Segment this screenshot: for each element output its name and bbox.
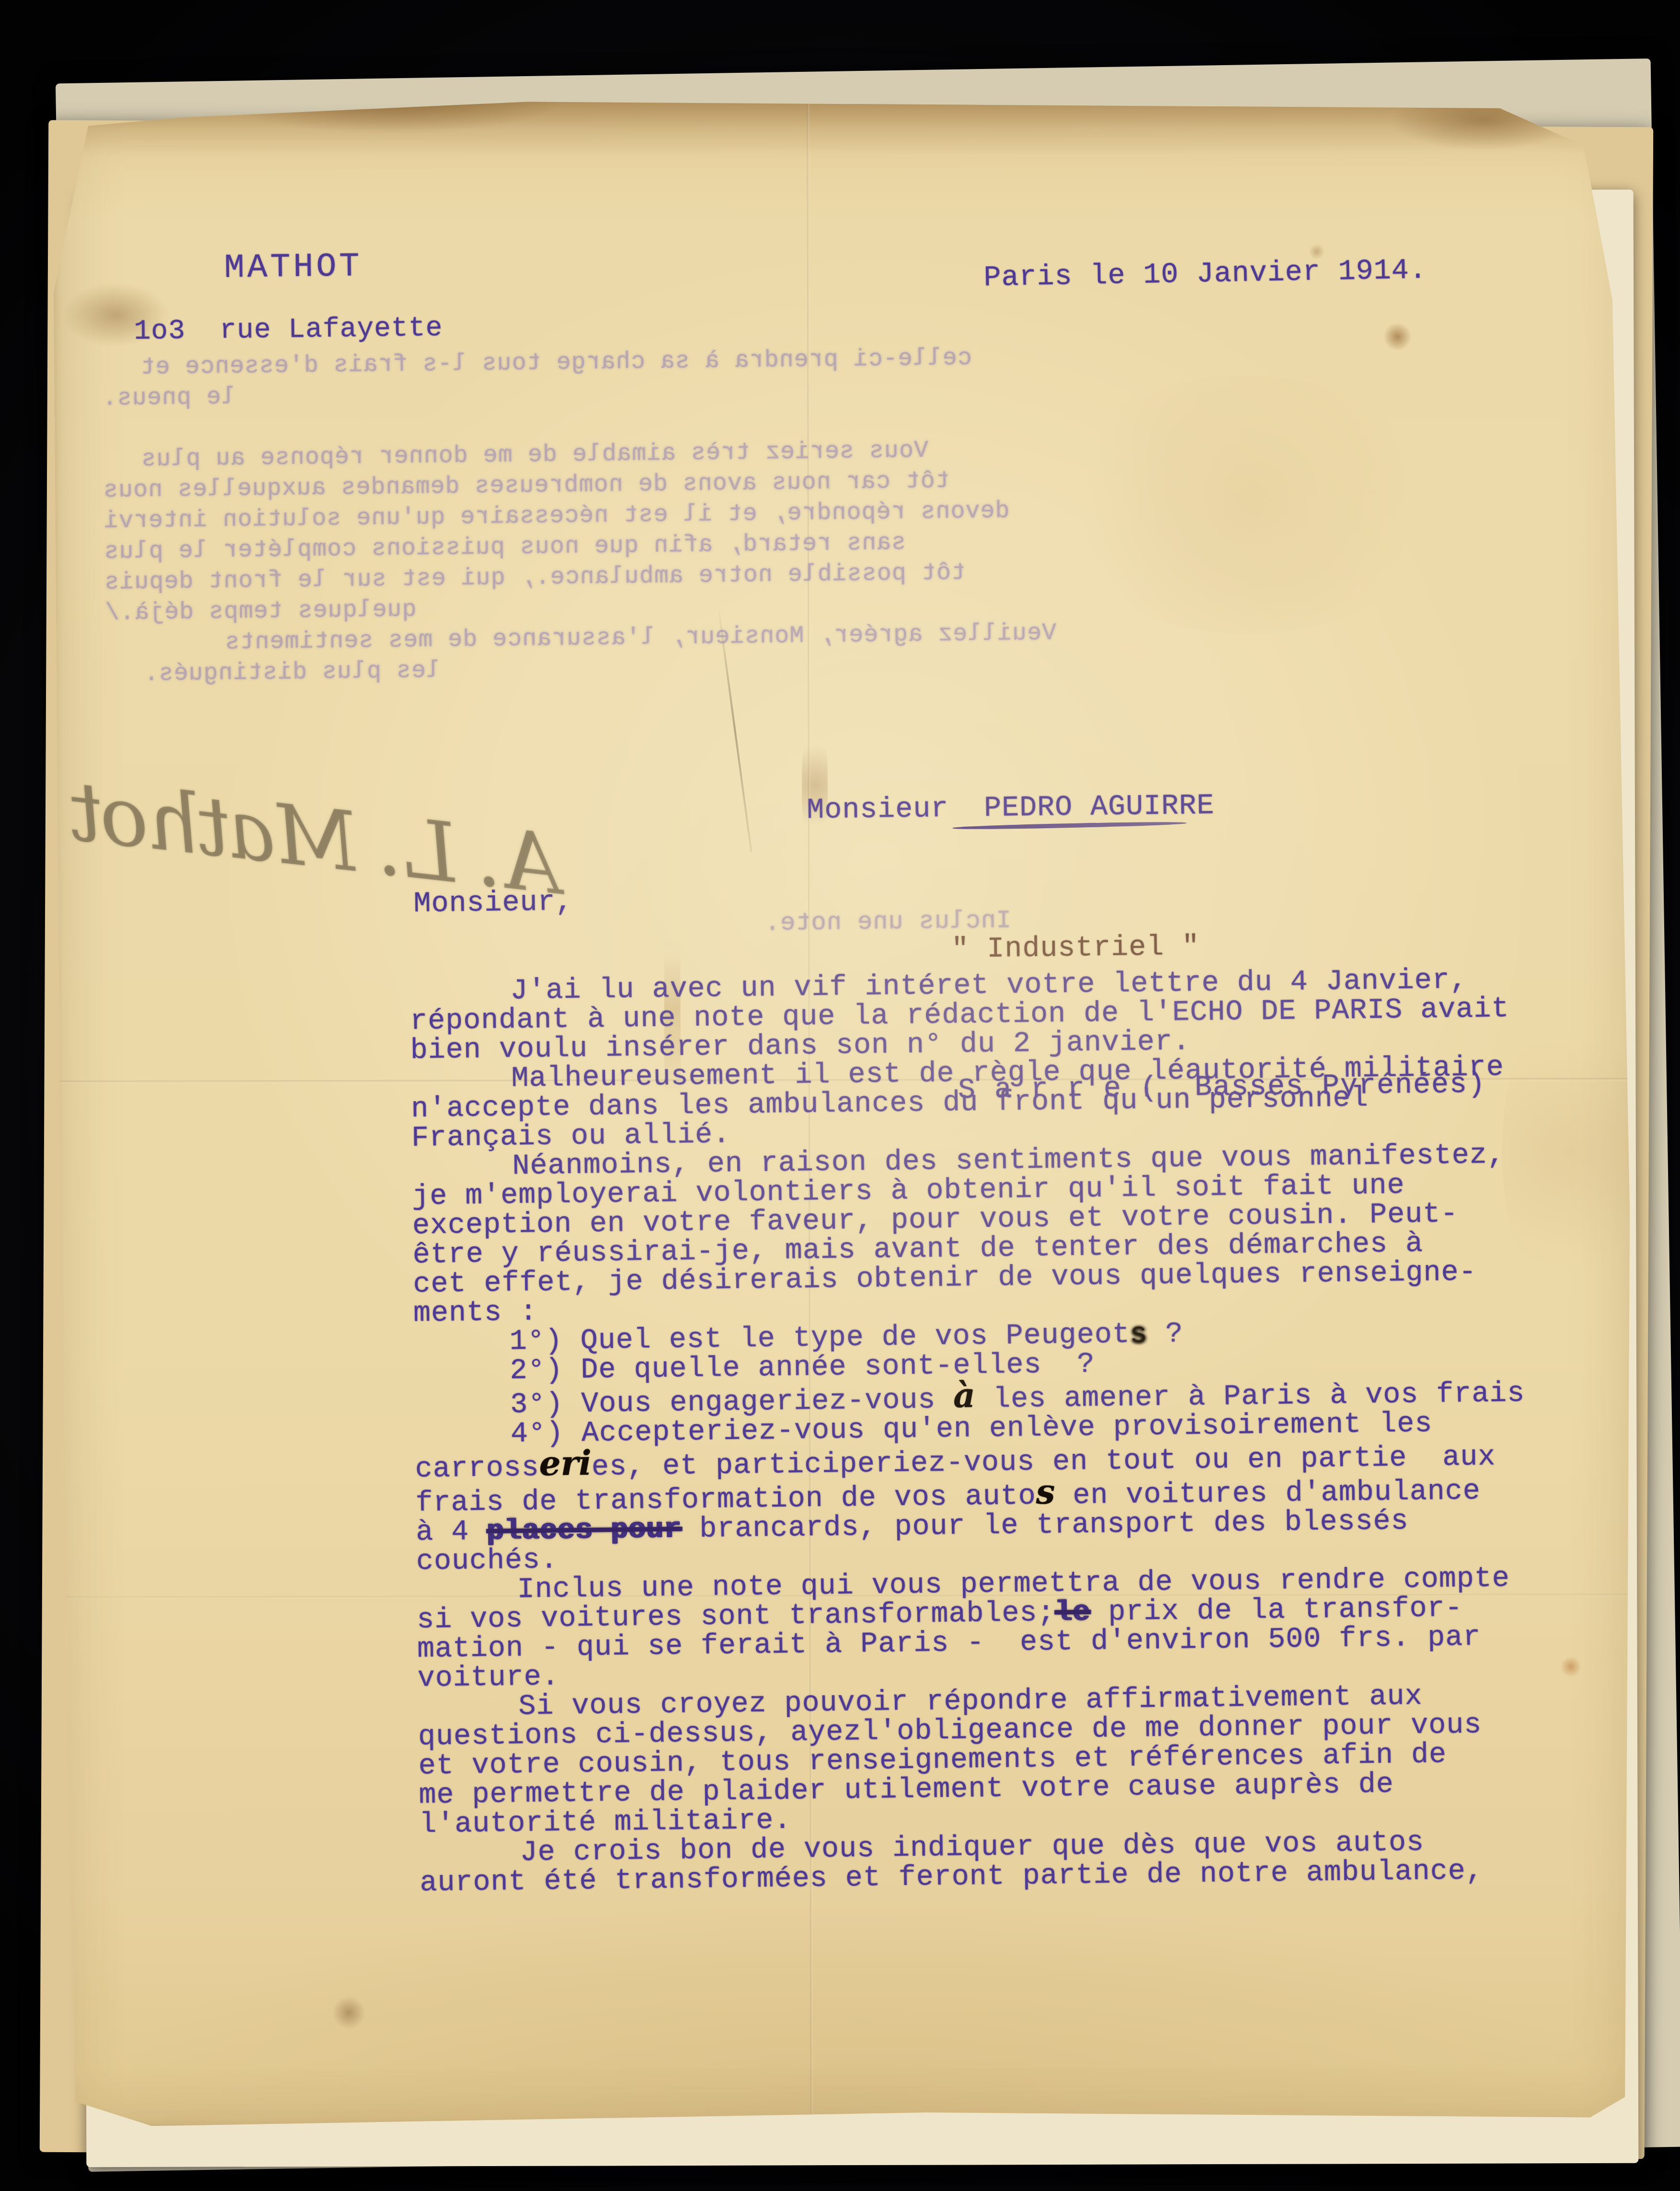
sender-address: 1o3 rue Lafayette [134, 313, 443, 347]
typed-text: carross [415, 1452, 539, 1486]
dateline: Paris le 10 Janvier 1914. [983, 254, 1427, 295]
handwritten-correction: à [953, 1375, 976, 1415]
handwritten-correction: eri [539, 1443, 592, 1483]
handwritten-correction: s [1036, 1472, 1055, 1511]
salutation: Monsieur, [413, 886, 573, 921]
letter-content: MATHOT 1o3 rue Lafayette Paris le 10 Jan… [44, 85, 1647, 2132]
typed-text: à 4 [416, 1516, 487, 1549]
typed-text: ments : [413, 1296, 538, 1330]
ink-blot: s [1130, 1318, 1148, 1351]
letter-sheet: MATHOT 1o3 rue Lafayette Paris le 10 Jan… [53, 97, 1637, 2128]
letter-body: J'ai lu avec un vif intéret votre lettre… [410, 964, 1646, 1898]
struck-out-text: le [1055, 1597, 1091, 1630]
bleedthrough-note: Inclus une note. [764, 904, 1244, 937]
typed-text: ? [1147, 1318, 1183, 1351]
scan-background: MATHOT 1o3 rue Lafayette Paris le 10 Jan… [0, 0, 1680, 2191]
recipient-name: Monsieur PEDRO AGUIRRE [806, 779, 1483, 834]
sender-name: MATHOT [224, 248, 363, 287]
typed-text: le pneus. [102, 384, 236, 412]
struck-out-text: places pour [487, 1513, 682, 1548]
